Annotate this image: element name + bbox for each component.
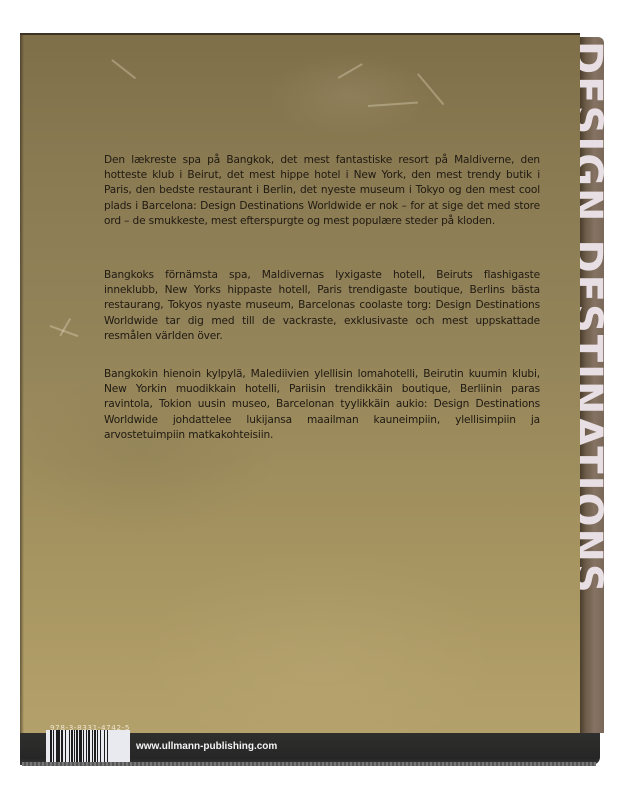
blurb-finnish: Bangkokin hienoin kylpylä, Malediivien y… <box>104 367 540 443</box>
blurb-swedish: Bangkoks förnämsta spa, Maldivernas lyxi… <box>104 268 540 344</box>
book-back-cover: Den lækreste spa på Bangkok, det mest fa… <box>20 33 604 767</box>
cover-panel: Den lækreste spa på Bangkok, det mest fa… <box>20 33 580 735</box>
publisher-website: www.ullmann-publishing.com <box>136 741 277 752</box>
barcode-bar <box>108 730 109 762</box>
scratch-mark <box>338 63 363 78</box>
scratch-mark <box>417 73 444 105</box>
book-spine: DESIGN DESTINATIONS <box>580 37 604 733</box>
spine-title: DESIGN DESTINATIONS <box>580 41 604 595</box>
page-edge <box>22 762 596 766</box>
barcode <box>46 730 130 762</box>
blurb-danish: Den lækreste spa på Bangkok, det mest fa… <box>104 153 540 229</box>
scratch-mark <box>112 59 137 79</box>
scratch-mark <box>368 102 418 107</box>
